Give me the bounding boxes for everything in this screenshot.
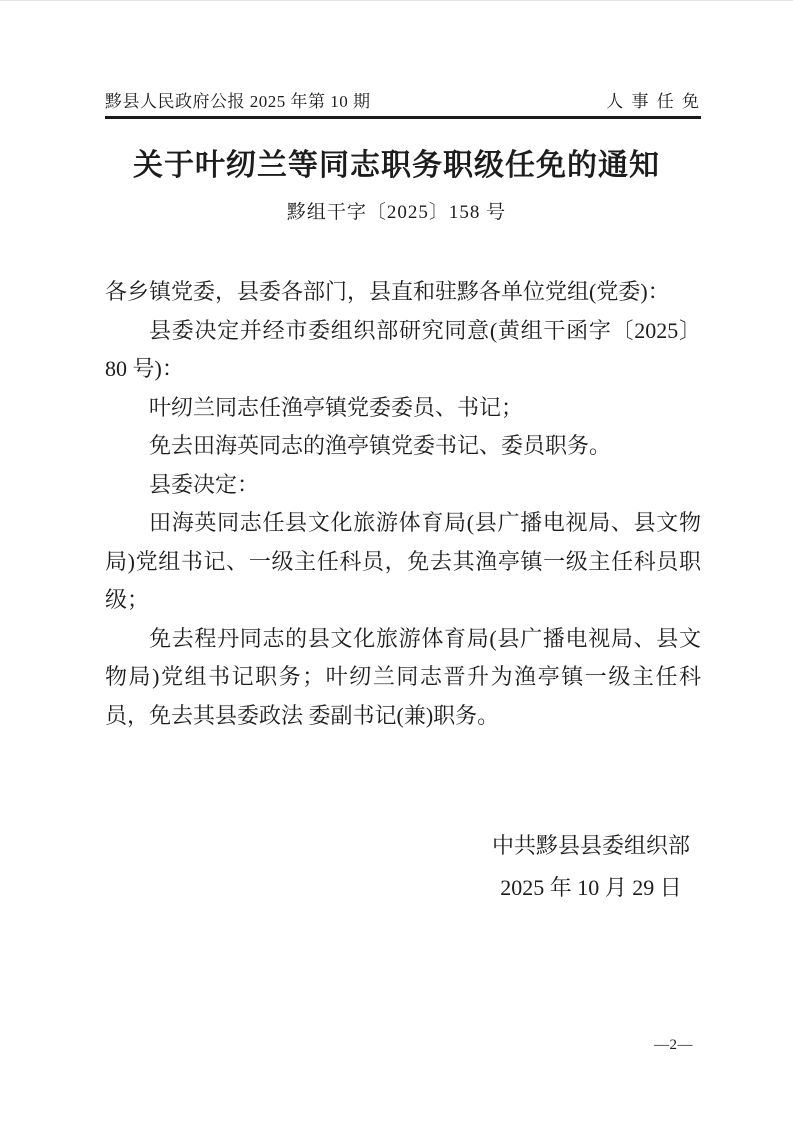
document-page: 黟县人民政府公报 2025 年第 10 期 人 事 任 免 关于叶纫兰等同志职务… <box>0 0 793 1122</box>
signature-organization: 中共黟县县委组织部 <box>492 825 690 867</box>
document-body: 各乡镇党委，县委各部门，县直和驻黟各单位党组(党委)： 县委决定并经市委组织部研… <box>105 273 701 735</box>
body-paragraph: 田海英同志任县文化旅游体育局(县广播电视局、县文物局)党组书记、一级主任科员，免… <box>105 504 701 620</box>
header-publication-title: 黟县人民政府公报 2025 年第 10 期 <box>105 87 371 112</box>
body-paragraph: 叶纫兰同志任渔亭镇党委委员、书记； <box>105 389 701 428</box>
signature-block: 中共黟县县委组织部 2025 年 10 月 29 日 <box>492 825 690 909</box>
document-number: 黟组干字〔2025〕158 号 <box>0 197 793 224</box>
body-paragraph: 县委决定并经市委组织部研究同意(黄组干函字〔2025〕80 号)： <box>105 312 701 389</box>
body-paragraph: 免去田海英同志的渔亭镇党委书记、委员职务。 <box>105 427 701 466</box>
document-title: 关于叶纫兰等同志职务职级任免的通知 <box>0 140 793 184</box>
header-divider-rule <box>105 116 701 119</box>
header-section-title: 人 事 任 免 <box>606 87 701 112</box>
body-paragraph: 县委决定： <box>105 466 701 505</box>
page-header: 黟县人民政府公报 2025 年第 10 期 人 事 任 免 <box>105 87 701 112</box>
salutation-line: 各乡镇党委，县委各部门，县直和驻黟各单位党组(党委)： <box>105 273 701 312</box>
signature-date: 2025 年 10 月 29 日 <box>492 867 690 909</box>
page-number: —2— <box>654 1037 693 1054</box>
body-paragraph: 免去程丹同志的县文化旅游体育局(县广播电视局、县文物局)党组书记职务；叶纫兰同志… <box>105 620 701 736</box>
